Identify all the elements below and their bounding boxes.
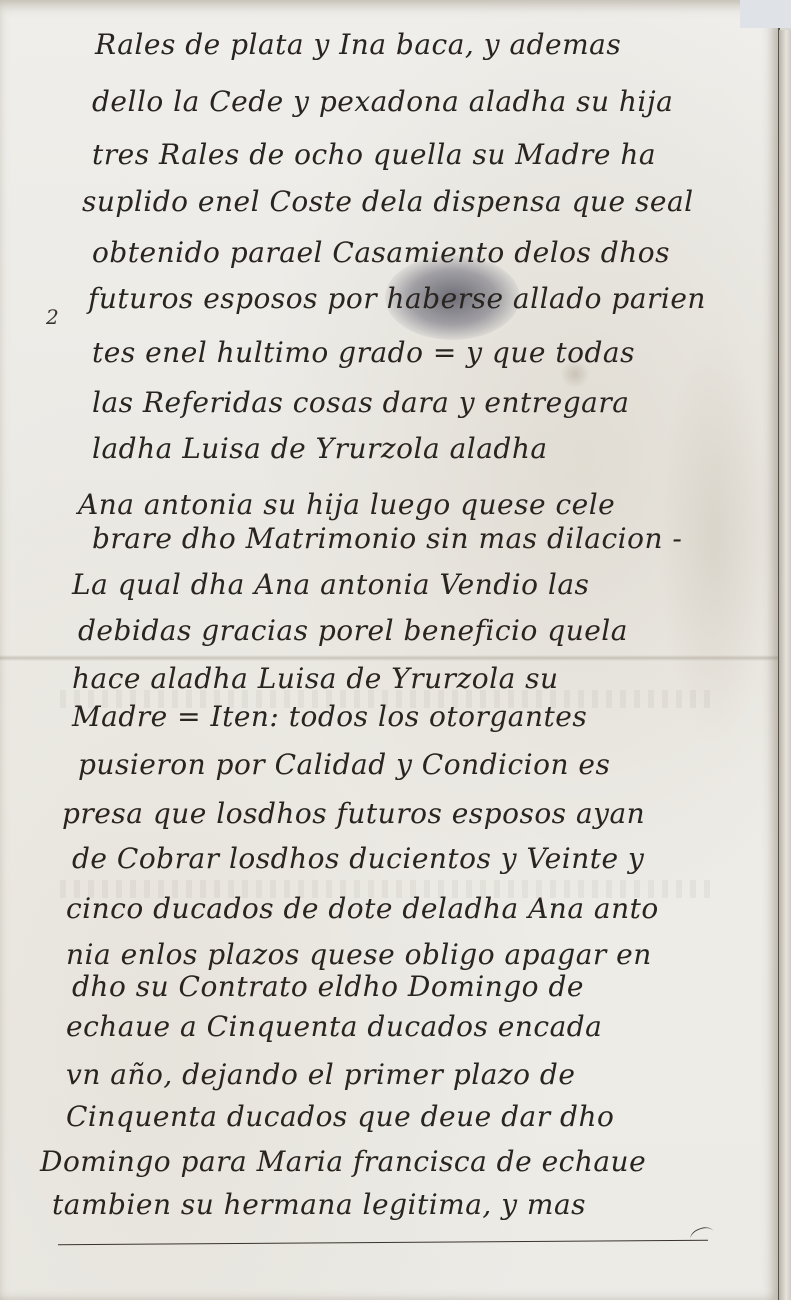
manuscript-line: tes enel hultimo grado = y que todas	[92, 336, 635, 369]
manuscript-line: futuros esposos por haberse allado parie…	[88, 282, 706, 315]
manuscript-line: nia enlos plazos quese obligo apagar en	[66, 938, 652, 971]
manuscript-line: Domingo para Maria francisca de echaue	[40, 1145, 646, 1178]
manuscript-line: suplido enel Coste dela dispensa que sea…	[82, 185, 694, 218]
page-corner	[740, 0, 791, 28]
manuscript-line: brare dho Matrimonio sin mas dilacion -	[92, 522, 682, 555]
manuscript-line: las Referidas cosas dara y entregara	[92, 386, 629, 419]
manuscript-line: obtenido parael Casamiento delos dhos	[92, 236, 670, 269]
manuscript-line: tambien su hermana legitima, y mas	[52, 1188, 586, 1221]
page-edge	[779, 30, 791, 1300]
manuscript-line: Rales de plata y Ina baca, y ademas	[95, 28, 621, 61]
manuscript-line: Ana antonia su hija luego quese cele	[78, 488, 615, 521]
manuscript-line: Cinquenta ducados que deue dar dho	[66, 1100, 614, 1133]
manuscript-line: ladha Luisa de Yrurzola aladha	[92, 432, 548, 465]
fold-crease	[0, 655, 778, 661]
closing-rule	[58, 1240, 708, 1246]
manuscript-line: Madre = Iten: todos los otorgantes	[72, 700, 587, 733]
manuscript-line: dello la Cede y pexadona aladha su hija	[92, 85, 673, 118]
manuscript-line: debidas gracias porel beneficio quela	[78, 614, 628, 647]
manuscript-line: La qual dha Ana antonia Vendio las	[72, 568, 589, 601]
manuscript-page: 2 Rales de plata y Ina baca, y ademasdel…	[0, 0, 780, 1300]
manuscript-line: dho su Contrato eldho Domingo de	[72, 970, 584, 1003]
manuscript-line: de Cobrar losdhos ducientos y Veinte y	[72, 842, 644, 875]
manuscript-line: echaue a Cinquenta ducados encada	[66, 1010, 602, 1043]
manuscript-line: pusieron por Calidad y Condicion es	[78, 748, 610, 781]
manuscript-line: tres Rales de ocho quella su Madre ha	[92, 138, 656, 171]
manuscript-line: vn año, dejando el primer plazo de	[66, 1058, 575, 1091]
manuscript-line: cinco ducados de dote deladha Ana anto	[66, 892, 659, 925]
margin-note: 2	[46, 305, 59, 329]
manuscript-line: hace aladha Luisa de Yrurzola su	[72, 662, 559, 695]
manuscript-line: presa que losdhos futuros esposos ayan	[62, 797, 645, 830]
closing-flourish	[688, 1224, 716, 1246]
